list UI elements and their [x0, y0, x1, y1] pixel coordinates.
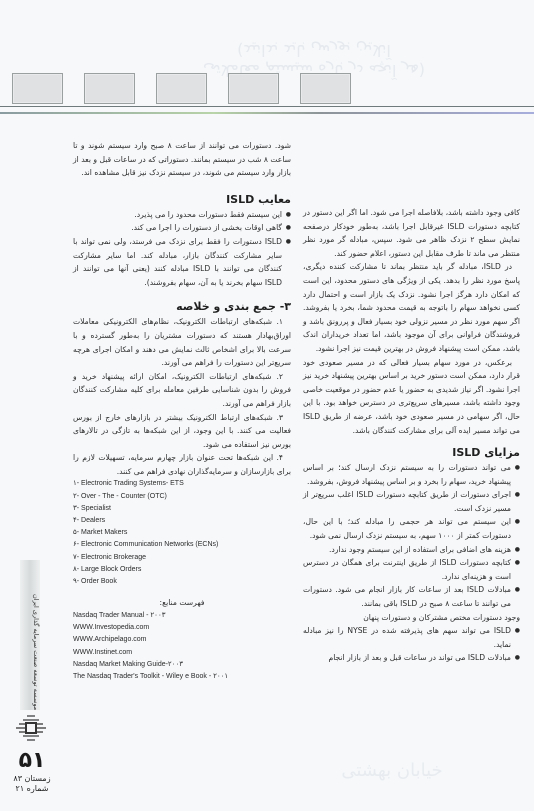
footnote-item: ۸- Large Block Orders	[73, 564, 291, 576]
footnote-item: ۶- Electronic Communication Networks (EC…	[73, 539, 291, 551]
summary-point: ۴. این شبکه‌ها تحت عنوان بازار چهارم سرم…	[73, 451, 291, 478]
advantage-item: اجرای دستورات از طریق کتابچه دستورات ISL…	[303, 488, 520, 515]
reference-item: The Nasdaq Trader's Toolkit - Wiley e Bo…	[73, 671, 291, 683]
summary-heading: ۳- جمع بندی و خلاصه	[73, 299, 291, 315]
faded-footer-watermark: خیابان بهشتی	[250, 760, 534, 800]
advantage-item: هزینه های اضافی برای استفاده از این سیست…	[303, 543, 520, 557]
reference-item: Nasdaq Trader Manual - ۲۰۰۳	[73, 610, 291, 622]
summary-point: ۱. شبکه‌های ارتباطات الکترونیک، نظام‌های…	[73, 315, 291, 369]
footnotes-list: ۱- Electronic Trading Systems- ETS ۲- Ov…	[73, 478, 291, 588]
publisher-logo-icon	[14, 713, 48, 743]
footnote-item: ۱- Electronic Trading Systems- ETS	[73, 478, 291, 490]
reference-item: WWW.Investopedia.com	[73, 622, 291, 634]
footnote-item: ۳- Specialist	[73, 503, 291, 515]
publisher-name: موسسه توسعه صنعت سرمایه گذاری ایران	[20, 560, 40, 710]
advantage-item: کتابچه دستورات ISLD از طریق اینترنت برای…	[303, 556, 520, 583]
disadvantages-list: این سیستم فقط دستورات محدود را می پذیرد.…	[73, 208, 291, 290]
decorative-box	[228, 73, 279, 104]
footnote-item: ۲- Over - The - Counter (OTC)	[73, 491, 291, 503]
advantages-list-more: ISLD می تواند سهم های پذیرفته شده در NYS…	[303, 624, 520, 665]
right-paragraph-3: برعکس، در مورد سهام بسیار فعالی که در مس…	[303, 356, 520, 438]
season-label: زمستان ۸۳	[10, 774, 54, 784]
footnote-item: ۴- Dealers	[73, 515, 291, 527]
disadvantage-item: این سیستم فقط دستورات محدود را می پذیرد.	[73, 208, 291, 222]
disadvantage-item: گاهی اوقات بخشی از دستورات را اجرا می کن…	[73, 221, 291, 235]
references-heading: فهرست منابع:	[73, 596, 291, 610]
advantages-list: می تواند دستورات را به سیستم نزدک ارسال …	[303, 461, 520, 611]
footnote-item: ۵- Market Makers	[73, 527, 291, 539]
advantage-item: ISLD می تواند سهم های پذیرفته شده در NYS…	[303, 624, 520, 651]
page-number: ۵۱	[10, 750, 54, 772]
hidden-orders-line: وجود دستورات مختص مشترکان و دستورات پنها…	[303, 611, 520, 625]
advantage-item: می تواند دستورات را به سیستم نزدک ارسال …	[303, 461, 520, 488]
advantage-item: مبادلات ISLD می تواند در ساعات قبل و بعد…	[303, 651, 520, 665]
summary-point: ۳. شبکه‌های ارتباط الکترونیک بیشتر در با…	[73, 411, 291, 452]
summary-point: ۲. شبکه‌های ارتباطات الکترونیک، امکان ار…	[73, 370, 291, 411]
disadvantages-heading: معایب ISLD	[73, 192, 291, 208]
footnote-item: ۹- Order Book	[73, 576, 291, 588]
reference-item: WWW.Archipelago.com	[73, 634, 291, 646]
issue-info: زمستان ۸۳ شماره ۲۱	[10, 774, 54, 794]
page-sidebar: موسسه توسعه صنعت سرمایه گذاری ایران ۵۱ ز…	[0, 560, 60, 811]
decorative-box	[84, 73, 135, 104]
footnote-item: ۷- Electronic Brokerage	[73, 552, 291, 564]
decorative-box-row	[12, 73, 351, 104]
advantage-item: مبادلات ISLD بعد از ساعات کار بازار انجا…	[303, 583, 520, 610]
left-intro-paragraph: شود. دستورات می توانند از ساعت ۸ صبح وار…	[73, 139, 291, 180]
header-divider-color	[0, 112, 534, 114]
references-list: Nasdaq Trader Manual - ۲۰۰۳ WWW.Investop…	[73, 610, 291, 683]
right-column: کافی وجود داشته باشد، بلافاصله اجرا می ش…	[303, 206, 520, 665]
left-column: شود. دستورات می توانند از ساعت ۸ صبح وار…	[73, 139, 291, 683]
header-divider	[0, 106, 534, 107]
right-paragraph-2: در ISLD، مبادله گر باید منتظر بماند تا م…	[303, 260, 520, 355]
advantage-item: این سیستم می تواند هر حجمی را مبادله کند…	[303, 515, 520, 542]
disadvantage-item: ISLD دستورات را فقط برای نزدک می فرستد، …	[73, 235, 291, 289]
decorative-box	[300, 73, 351, 104]
decorative-box	[156, 73, 207, 104]
right-intro-paragraph: کافی وجود داشته باشد، بلافاصله اجرا می ش…	[303, 206, 520, 260]
advantages-heading: مزایای ISLD	[303, 445, 520, 461]
reference-item: Nasdaq Market Making Guide-۲۰۰۳	[73, 659, 291, 671]
decorative-box	[12, 73, 63, 104]
issue-number: شماره ۲۱	[10, 784, 54, 794]
reference-item: WWW.Instinet.com	[73, 647, 291, 659]
faded-title-line2: آنلاین بورس باید بدانید)	[144, 40, 484, 60]
